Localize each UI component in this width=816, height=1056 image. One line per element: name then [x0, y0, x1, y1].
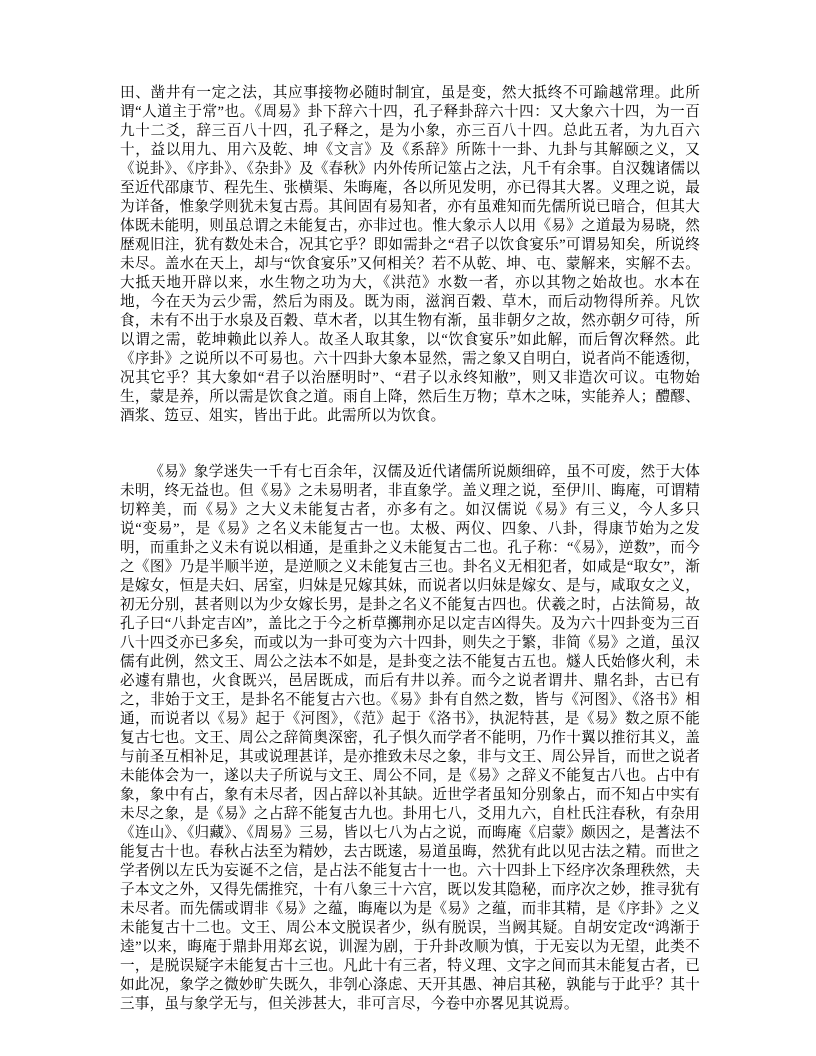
- document-page: 田、凿井有一定之法，其应事接物必随时制宜，虽是变，然大抵终不可踰越常理。此所谓“…: [0, 0, 816, 1056]
- paragraph-yi-xiangxue: 《易》象学迷失一千有七百余年，汉儒及近代诸儒所说颇细碎，虽不可废，然于大体未明，…: [120, 463, 700, 1014]
- paragraph-continuation: 田、凿井有一定之法，其应事接物必随时制宜，虽是变，然大抵终不可踰越常理。此所谓“…: [120, 84, 700, 426]
